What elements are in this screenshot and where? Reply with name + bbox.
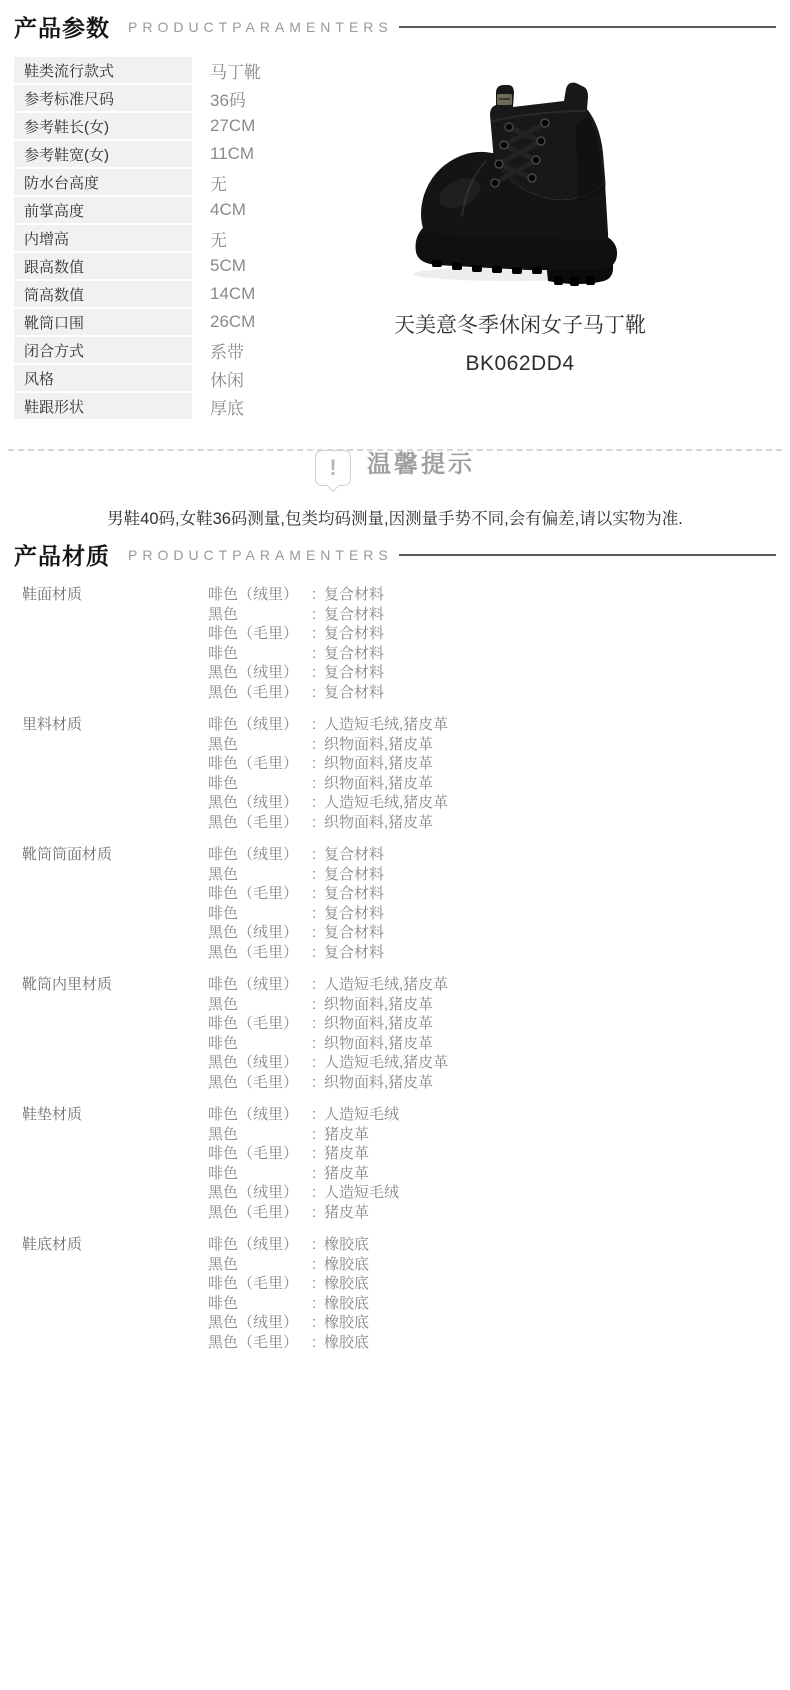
material-line: 黑色（绒里）: 橡胶底 — [208, 1313, 369, 1333]
material-color: 黑色 — [208, 1255, 312, 1275]
material-separator: : — [312, 1034, 324, 1054]
material-color: 黑色（毛里） — [208, 943, 312, 963]
material-label: 鞋底材质 — [22, 1235, 208, 1352]
param-label: 风格 — [14, 365, 192, 391]
material-color: 啡色（毛里） — [208, 624, 312, 644]
material-line: 啡色: 猪皮革 — [208, 1164, 399, 1184]
material-line: 黑色: 猪皮革 — [208, 1125, 399, 1145]
material-color: 啡色（毛里） — [208, 1274, 312, 1294]
material-line: 啡色（绒里）: 人造短毛绒 — [208, 1105, 399, 1125]
param-value: 无 — [210, 226, 227, 251]
material-color: 黑色 — [208, 735, 312, 755]
material-value: 橡胶底 — [324, 1314, 369, 1331]
product-photo — [320, 58, 720, 293]
param-label: 鞋跟形状 — [14, 393, 192, 419]
param-value: 4CM — [210, 200, 246, 220]
material-section: 鞋垫材质啡色（绒里）: 人造短毛绒黑色: 猪皮革啡色（毛里）: 猪皮革啡色: 猪… — [0, 1105, 790, 1222]
material-rows: 啡色（绒里）: 人造短毛绒黑色: 猪皮革啡色（毛里）: 猪皮革啡色: 猪皮革黑色… — [208, 1105, 399, 1222]
material-value: 织物面料,猪皮革 — [324, 1074, 433, 1091]
param-value: 11CM — [210, 144, 254, 164]
material-value: 织物面料,猪皮革 — [324, 736, 433, 753]
material-separator: : — [312, 1053, 324, 1073]
material-value: 人造短毛绒,猪皮革 — [324, 794, 448, 811]
material-color: 黑色（毛里） — [208, 1073, 312, 1093]
param-value: 14CM — [210, 284, 255, 304]
material-color: 黑色（绒里） — [208, 1183, 312, 1203]
materials-list: 鞋面材质啡色（绒里）: 复合材料黑色: 复合材料啡色（毛里）: 复合材料啡色: … — [0, 585, 790, 1365]
material-line: 黑色（毛里）: 复合材料 — [208, 683, 384, 703]
material-separator: : — [312, 1313, 324, 1333]
param-label: 防水台高度 — [14, 169, 192, 195]
material-value: 橡胶底 — [324, 1295, 369, 1312]
material-line: 啡色（毛里）: 织物面料,猪皮革 — [208, 754, 448, 774]
material-line: 啡色（绒里）: 人造短毛绒,猪皮革 — [208, 975, 448, 995]
material-line: 啡色: 织物面料,猪皮革 — [208, 774, 448, 794]
material-separator: : — [312, 735, 324, 755]
material-separator: : — [312, 865, 324, 885]
param-value: 无 — [210, 170, 227, 195]
material-line: 啡色（毛里）: 橡胶底 — [208, 1274, 369, 1294]
material-separator: : — [312, 663, 324, 683]
material-rows: 啡色（绒里）: 复合材料黑色: 复合材料啡色（毛里）: 复合材料啡色: 复合材料… — [208, 845, 384, 962]
material-value: 橡胶底 — [324, 1256, 369, 1273]
material-value: 复合材料 — [324, 664, 384, 681]
param-value: 26CM — [210, 312, 255, 332]
material-color: 啡色（毛里） — [208, 884, 312, 904]
material-separator: : — [312, 585, 324, 605]
header-rule — [399, 26, 776, 28]
material-value: 织物面料,猪皮革 — [324, 755, 433, 772]
material-section: 靴筒内里材质啡色（绒里）: 人造短毛绒,猪皮革黑色: 织物面料,猪皮革啡色（毛里… — [0, 975, 790, 1092]
material-label: 靴筒内里材质 — [22, 975, 208, 1092]
material-separator: : — [312, 1125, 324, 1145]
material-color: 啡色（绒里） — [208, 1235, 312, 1255]
boot-image — [408, 65, 633, 293]
tips-header: ! 温馨提示 — [0, 440, 790, 486]
material-color: 黑色 — [208, 995, 312, 1015]
material-value: 复合材料 — [324, 944, 384, 961]
material-separator: : — [312, 683, 324, 703]
material-value: 织物面料,猪皮革 — [324, 775, 433, 792]
material-color: 黑色（毛里） — [208, 1203, 312, 1223]
material-value: 橡胶底 — [324, 1334, 369, 1351]
material-color: 啡色（绒里） — [208, 975, 312, 995]
material-separator: : — [312, 884, 324, 904]
material-color: 黑色 — [208, 1125, 312, 1145]
material-separator: : — [312, 1203, 324, 1223]
material-line: 黑色: 复合材料 — [208, 605, 384, 625]
material-separator: : — [312, 943, 324, 963]
material-separator: : — [312, 975, 324, 995]
material-value: 织物面料,猪皮革 — [324, 1015, 433, 1032]
material-separator: : — [312, 1144, 324, 1164]
material-color: 啡色（毛里） — [208, 1014, 312, 1034]
material-line: 黑色（毛里）: 橡胶底 — [208, 1333, 369, 1353]
param-label: 鞋类流行款式 — [14, 57, 192, 83]
param-label: 参考鞋长(女) — [14, 113, 192, 139]
material-line: 啡色（绒里）: 复合材料 — [208, 585, 384, 605]
material-color: 黑色 — [208, 605, 312, 625]
material-line: 啡色（绒里）: 橡胶底 — [208, 1235, 369, 1255]
material-value: 猪皮革 — [324, 1126, 369, 1143]
material-rows: 啡色（绒里）: 人造短毛绒,猪皮革黑色: 织物面料,猪皮革啡色（毛里）: 织物面… — [208, 715, 448, 832]
material-label: 里料材质 — [22, 715, 208, 832]
material-value: 人造短毛绒,猪皮革 — [324, 716, 448, 733]
material-value: 织物面料,猪皮革 — [324, 814, 433, 831]
material-label: 鞋垫材质 — [22, 1105, 208, 1222]
material-color: 啡色 — [208, 1034, 312, 1054]
product-model: BK062DD4 — [320, 352, 720, 376]
product-name: 天美意冬季休闲女子马丁靴 — [320, 309, 720, 339]
material-value: 橡胶底 — [324, 1275, 369, 1292]
material-separator: : — [312, 715, 324, 735]
material-line: 黑色（毛里）: 织物面料,猪皮革 — [208, 1073, 448, 1093]
material-line: 黑色（绒里）: 人造短毛绒,猪皮革 — [208, 793, 448, 813]
material-color: 啡色（绒里） — [208, 1105, 312, 1125]
product-column: 天美意冬季休闲女子马丁靴 BK062DD4 — [320, 58, 720, 376]
param-label: 闭合方式 — [14, 337, 192, 363]
material-separator: : — [312, 1274, 324, 1294]
material-section: 里料材质啡色（绒里）: 人造短毛绒,猪皮革黑色: 织物面料,猪皮革啡色（毛里）:… — [0, 715, 790, 832]
material-value: 复合材料 — [324, 924, 384, 941]
material-separator: : — [312, 1014, 324, 1034]
tips-title: 温馨提示 — [367, 448, 475, 482]
material-color: 黑色（绒里） — [208, 663, 312, 683]
material-value: 复合材料 — [324, 684, 384, 701]
material-color: 啡色 — [208, 644, 312, 664]
material-value: 复合材料 — [324, 625, 384, 642]
exclamation-bubble-icon: ! — [315, 450, 351, 486]
material-value: 人造短毛绒 — [324, 1184, 399, 1201]
material-value: 猪皮革 — [324, 1165, 369, 1182]
material-line: 黑色: 织物面料,猪皮革 — [208, 735, 448, 755]
material-section: 鞋面材质啡色（绒里）: 复合材料黑色: 复合材料啡色（毛里）: 复合材料啡色: … — [0, 585, 790, 702]
materials-section-title: 产品材质 — [14, 538, 110, 571]
param-value: 厚底 — [210, 394, 244, 419]
material-separator: : — [312, 754, 324, 774]
material-color: 黑色（绒里） — [208, 923, 312, 943]
material-value: 猪皮革 — [324, 1145, 369, 1162]
params-section-subtitle: PRODUCTPARAMENTERS — [128, 19, 393, 35]
material-separator: : — [312, 1255, 324, 1275]
section-header-params: 产品参数 PRODUCTPARAMENTERS — [0, 10, 790, 43]
material-line: 黑色: 织物面料,猪皮革 — [208, 995, 448, 1015]
param-value: 5CM — [210, 256, 246, 276]
material-value: 人造短毛绒,猪皮革 — [324, 976, 448, 993]
material-value: 人造短毛绒 — [324, 1106, 399, 1123]
material-color: 啡色（绒里） — [208, 715, 312, 735]
material-separator: : — [312, 1164, 324, 1184]
param-value: 系带 — [210, 338, 244, 363]
material-color: 黑色（毛里） — [208, 1333, 312, 1353]
material-section: 靴筒筒面材质啡色（绒里）: 复合材料黑色: 复合材料啡色（毛里）: 复合材料啡色… — [0, 845, 790, 962]
material-line: 啡色（毛里）: 复合材料 — [208, 884, 384, 904]
material-line: 黑色（绒里）: 复合材料 — [208, 923, 384, 943]
material-color: 黑色（绒里） — [208, 793, 312, 813]
material-color: 黑色（毛里） — [208, 683, 312, 703]
material-color: 啡色（毛里） — [208, 1144, 312, 1164]
material-separator: : — [312, 605, 324, 625]
material-rows: 啡色（绒里）: 橡胶底黑色: 橡胶底啡色（毛里）: 橡胶底啡色: 橡胶底黑色（绒… — [208, 1235, 369, 1352]
material-value: 复合材料 — [324, 866, 384, 883]
material-label: 靴筒筒面材质 — [22, 845, 208, 962]
materials-section-subtitle: PRODUCTPARAMENTERS — [128, 547, 393, 563]
material-value: 人造短毛绒,猪皮革 — [324, 1054, 448, 1071]
param-label: 前掌高度 — [14, 197, 192, 223]
param-label: 跟高数值 — [14, 253, 192, 279]
material-separator: : — [312, 1073, 324, 1093]
material-separator: : — [312, 793, 324, 813]
material-color: 黑色（绒里） — [208, 1053, 312, 1073]
material-color: 啡色 — [208, 1294, 312, 1314]
material-color: 啡色（绒里） — [208, 845, 312, 865]
material-separator: : — [312, 774, 324, 794]
material-rows: 啡色（绒里）: 复合材料黑色: 复合材料啡色（毛里）: 复合材料啡色: 复合材料… — [208, 585, 384, 702]
param-label: 内增高 — [14, 225, 192, 251]
material-color: 啡色（毛里） — [208, 754, 312, 774]
material-value: 织物面料,猪皮革 — [324, 996, 433, 1013]
material-line: 黑色（绒里）: 人造短毛绒,猪皮革 — [208, 1053, 448, 1073]
exclamation-glyph: ! — [329, 455, 336, 481]
material-line: 黑色: 复合材料 — [208, 865, 384, 885]
param-label: 靴筒口围 — [14, 309, 192, 335]
material-line: 啡色（绒里）: 复合材料 — [208, 845, 384, 865]
material-separator: : — [312, 644, 324, 664]
header-rule — [399, 554, 776, 556]
material-rows: 啡色（绒里）: 人造短毛绒,猪皮革黑色: 织物面料,猪皮革啡色（毛里）: 织物面… — [208, 975, 448, 1092]
material-color: 黑色 — [208, 865, 312, 885]
material-separator: : — [312, 904, 324, 924]
material-line: 啡色（绒里）: 人造短毛绒,猪皮革 — [208, 715, 448, 735]
material-separator: : — [312, 1294, 324, 1314]
material-line: 黑色（毛里）: 织物面料,猪皮革 — [208, 813, 448, 833]
material-line: 啡色: 复合材料 — [208, 904, 384, 924]
material-separator: : — [312, 1235, 324, 1255]
material-separator: : — [312, 995, 324, 1015]
material-color: 啡色 — [208, 774, 312, 794]
material-value: 复合材料 — [324, 645, 384, 662]
material-value: 复合材料 — [324, 606, 384, 623]
material-line: 黑色（毛里）: 复合材料 — [208, 943, 384, 963]
material-value: 复合材料 — [324, 885, 384, 902]
material-separator: : — [312, 624, 324, 644]
material-section: 鞋底材质啡色（绒里）: 橡胶底黑色: 橡胶底啡色（毛里）: 橡胶底啡色: 橡胶底… — [0, 1235, 790, 1352]
material-line: 啡色（毛里）: 织物面料,猪皮革 — [208, 1014, 448, 1034]
material-label: 鞋面材质 — [22, 585, 208, 702]
material-separator: : — [312, 1105, 324, 1125]
material-separator: : — [312, 813, 324, 833]
param-label: 参考标准尺码 — [14, 85, 192, 111]
material-line: 黑色（绒里）: 人造短毛绒 — [208, 1183, 399, 1203]
product-detail-page: 产品参数 PRODUCTPARAMENTERS 鞋类流行款式马丁靴参考标准尺码3… — [0, 0, 790, 1690]
material-line: 啡色: 复合材料 — [208, 644, 384, 664]
param-value: 36码 — [210, 86, 246, 111]
material-line: 黑色（绒里）: 复合材料 — [208, 663, 384, 683]
material-color: 啡色（绒里） — [208, 585, 312, 605]
material-value: 复合材料 — [324, 846, 384, 863]
param-value: 休闲 — [210, 366, 244, 391]
material-separator: : — [312, 845, 324, 865]
tips-note: 男鞋40码,女鞋36码测量,包类均码测量,因测量手势不同,会有偏差,请以实物为准… — [0, 505, 790, 529]
material-value: 复合材料 — [324, 586, 384, 603]
material-separator: : — [312, 1183, 324, 1203]
param-value: 马丁靴 — [210, 58, 261, 83]
material-separator: : — [312, 923, 324, 943]
material-line: 啡色（毛里）: 猪皮革 — [208, 1144, 399, 1164]
material-line: 黑色: 橡胶底 — [208, 1255, 369, 1275]
section-header-materials: 产品材质 PRODUCTPARAMENTERS — [0, 538, 790, 571]
material-value: 复合材料 — [324, 905, 384, 922]
material-color: 黑色（绒里） — [208, 1313, 312, 1333]
material-line: 啡色（毛里）: 复合材料 — [208, 624, 384, 644]
params-section-title: 产品参数 — [14, 10, 110, 43]
material-separator: : — [312, 1333, 324, 1353]
material-color: 黑色（毛里） — [208, 813, 312, 833]
material-color: 啡色 — [208, 1164, 312, 1184]
param-label: 参考鞋宽(女) — [14, 141, 192, 167]
material-line: 啡色: 橡胶底 — [208, 1294, 369, 1314]
material-color: 啡色 — [208, 904, 312, 924]
material-line: 黑色（毛里）: 猪皮革 — [208, 1203, 399, 1223]
param-value: 27CM — [210, 116, 255, 136]
material-line: 啡色: 织物面料,猪皮革 — [208, 1034, 448, 1054]
material-value: 织物面料,猪皮革 — [324, 1035, 433, 1052]
param-row: 鞋跟形状厚底 — [14, 393, 394, 419]
param-label: 筒高数值 — [14, 281, 192, 307]
material-value: 橡胶底 — [324, 1236, 369, 1253]
material-value: 猪皮革 — [324, 1204, 369, 1221]
